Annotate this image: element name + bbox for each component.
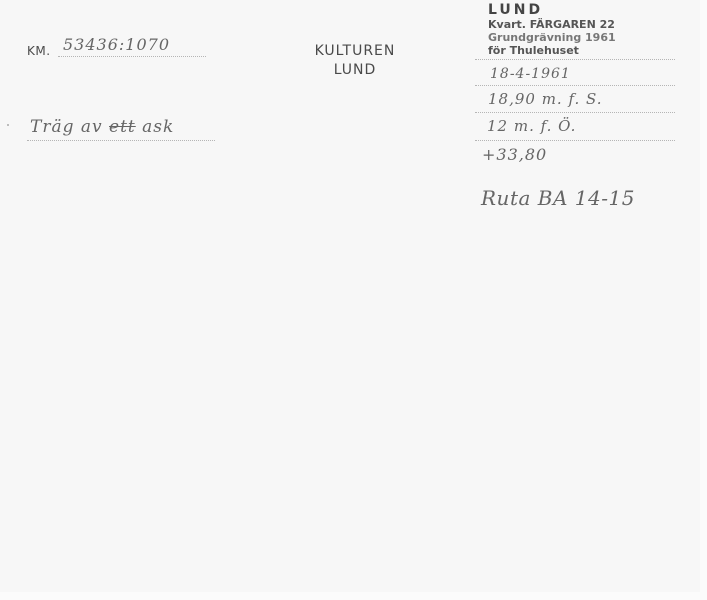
catalog-card: KM. 53436:1070 Träg av ett ask KULTUREN …	[0, 0, 700, 592]
site-line	[475, 59, 675, 60]
east-line	[475, 140, 675, 141]
museum-name-line1: KULTUREN	[300, 42, 410, 61]
level: +33,80	[482, 145, 547, 164]
east-coordinate: 12 m. f. Ö.	[487, 117, 576, 135]
site-for: för Thulehuset	[488, 44, 616, 57]
catalog-number: 53436:1070	[63, 35, 170, 54]
object-description: Träg av ett ask	[30, 117, 174, 137]
north-coordinate: 18,90 m. f. S.	[488, 90, 603, 108]
description-struck-word: ett	[109, 117, 136, 137]
site-block: Kvart. FÄRGAREN 22	[488, 18, 616, 31]
museum-name: KULTUREN LUND	[300, 42, 410, 80]
find-date: 18-4-1961	[490, 66, 571, 82]
north-line	[475, 112, 675, 113]
description-suffix: ask	[136, 117, 175, 137]
catalog-label: KM.	[27, 44, 51, 58]
museum-name-line2: LUND	[300, 61, 410, 80]
catalog-number-line	[58, 56, 206, 57]
description-line	[27, 140, 215, 141]
site-city: LUND	[488, 2, 616, 18]
date-line	[475, 85, 675, 86]
grid-square: Ruta BA 14-15	[481, 186, 635, 210]
description-prefix: Träg av	[30, 117, 109, 137]
site-stamp: LUND Kvart. FÄRGAREN 22 Grundgrävning 19…	[488, 2, 616, 57]
ink-speck	[7, 124, 9, 126]
site-excavation: Grundgrävning 1961	[488, 31, 616, 44]
